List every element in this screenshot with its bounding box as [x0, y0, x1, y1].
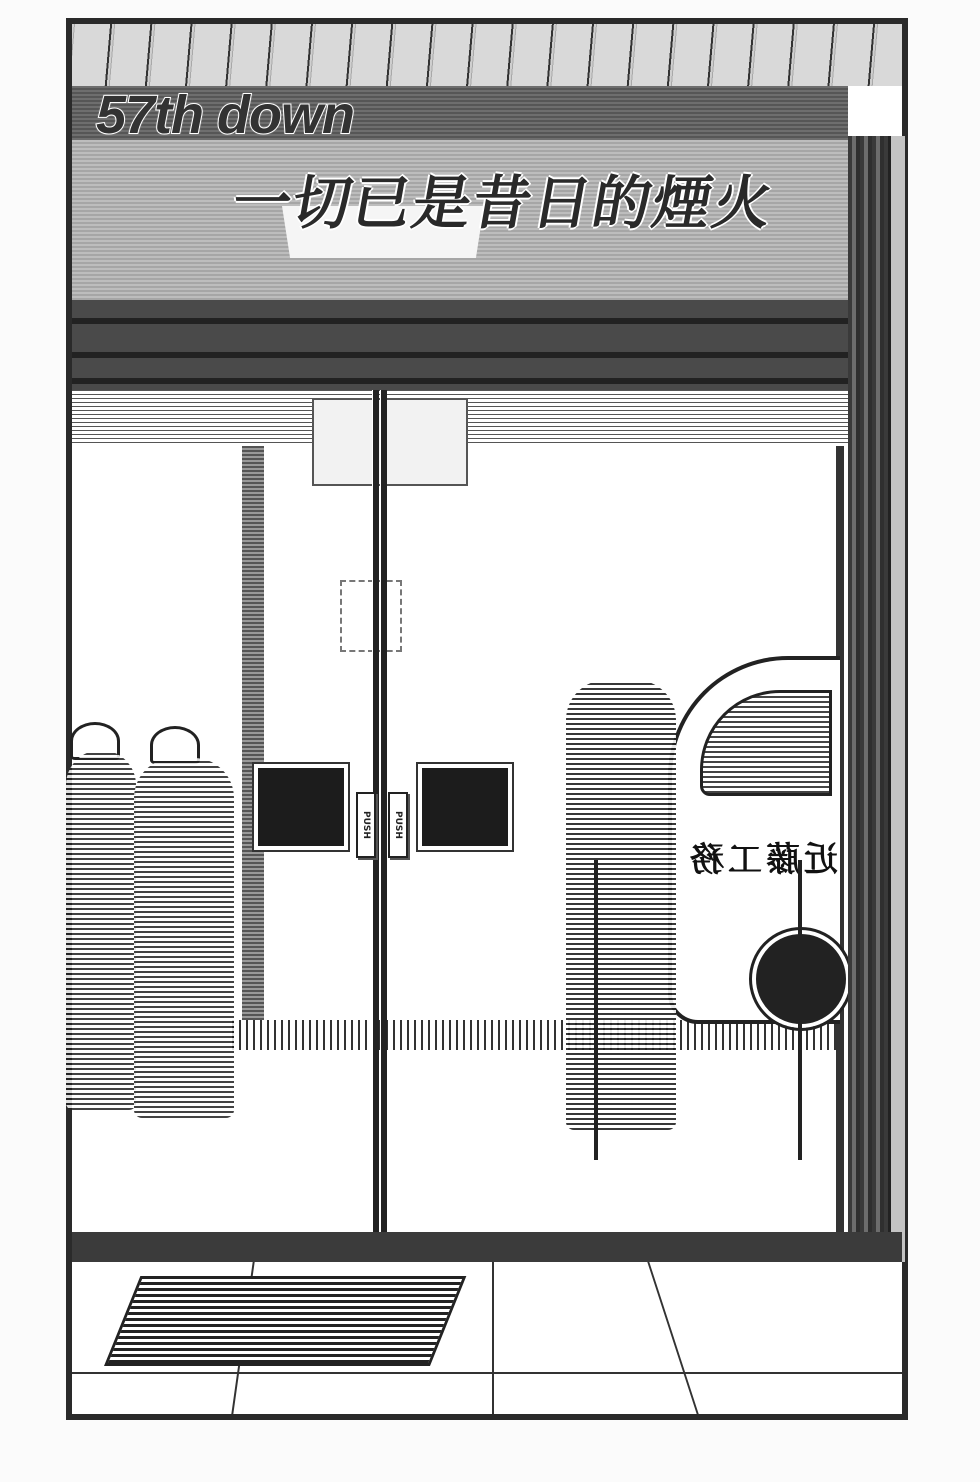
pillar-edge: [888, 136, 905, 1262]
push-sign-right: PUSH: [388, 792, 408, 858]
door-panel-right: [418, 764, 512, 850]
corner-pillar: [848, 136, 888, 1262]
worker-figure-right: [134, 758, 234, 1118]
floor-mat: [104, 1276, 466, 1366]
chapter-number: 57th down: [96, 84, 354, 146]
hand-cart: [594, 860, 802, 1160]
reflected-sign-lower: [340, 580, 402, 652]
door-frame-right: [380, 390, 387, 1232]
ceiling-slats: [72, 24, 902, 86]
exterior-post: [242, 446, 264, 1026]
push-sign-left: PUSH: [356, 792, 376, 858]
worker-figure-left: [66, 750, 136, 1110]
reflected-sign-upper: [312, 398, 468, 486]
door-threshold: [72, 1232, 902, 1262]
door-panel-left: [254, 764, 348, 850]
chapter-title: 一切已是昔日的煙火: [227, 156, 782, 240]
door-header-beam: [72, 300, 848, 390]
